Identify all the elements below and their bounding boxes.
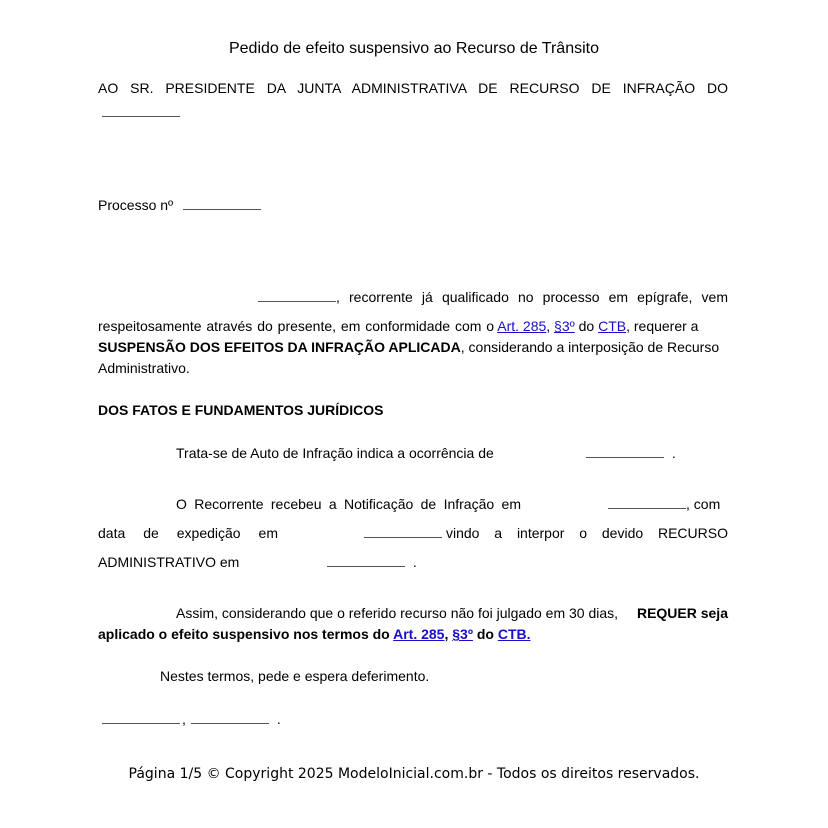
link-paragraph-3-request[interactable]: §3º — [452, 626, 473, 642]
appellant-blank — [258, 291, 336, 302]
addressee-blank — [102, 104, 180, 120]
addressee-line: AO SR. PRESIDENTE DA JUNTA ADMINISTRATIV… — [98, 80, 728, 96]
appeal-date-blank: . — [327, 554, 417, 570]
closing: Nestes termos, pede e espera deferimento… — [160, 668, 429, 684]
intro-line-1: , recorrente já qualificado no processo … — [258, 289, 728, 305]
notification-date-blank: , com — [608, 496, 720, 512]
process-label: Processo nº — [98, 197, 173, 213]
facts-paragraph-2-line-2a: data de expedição em — [98, 525, 278, 541]
facts-paragraph-2-line-1: O Recorrente recebeu a Notificação de In… — [176, 496, 521, 512]
facts-paragraph-1: Trata-se de Auto de Infração indica a oc… — [176, 445, 494, 461]
process-blank — [183, 199, 261, 210]
link-art-285[interactable]: Art. 285 — [497, 318, 546, 334]
facts-paragraph-2-line-3: ADMINISTRATIVO em — [98, 554, 239, 570]
request-line-1: Assim, considerando que o referido recur… — [176, 605, 728, 621]
intro-line-2: respeitosamente através do presente, em … — [98, 318, 728, 334]
link-paragraph-3[interactable]: §3º — [554, 318, 575, 334]
infraction-blank: . — [586, 445, 676, 461]
signature-line: ,. — [102, 711, 281, 727]
link-art-285-request[interactable]: Art. 285 — [393, 626, 444, 642]
process-number: Processo nº — [98, 197, 261, 213]
expedition-date-blank — [364, 525, 442, 541]
document-title: Pedido de efeito suspensivo ao Recurso d… — [0, 40, 828, 58]
intro-line-4: Administrativo. — [98, 360, 190, 376]
page-footer: Página 1/5 © Copyright 2025 ModeloInicia… — [0, 766, 828, 782]
request-line-2: aplicado o efeito suspensivo nos termos … — [98, 626, 531, 642]
suspension-request: SUSPENSÃO DOS EFEITOS DA INFRAÇÃO APLICA… — [98, 339, 461, 355]
date-blank — [191, 713, 269, 724]
intro-line-3: SUSPENSÃO DOS EFEITOS DA INFRAÇÃO APLICA… — [98, 339, 728, 355]
facts-paragraph-2-line-2b: vindo a interpor o devido RECURSO — [446, 525, 728, 541]
city-blank — [102, 713, 180, 724]
section-heading: DOS FATOS E FUNDAMENTOS JURÍDICOS — [98, 402, 383, 418]
link-ctb-request[interactable]: CTB. — [498, 626, 531, 642]
link-ctb[interactable]: CTB — [598, 318, 626, 334]
